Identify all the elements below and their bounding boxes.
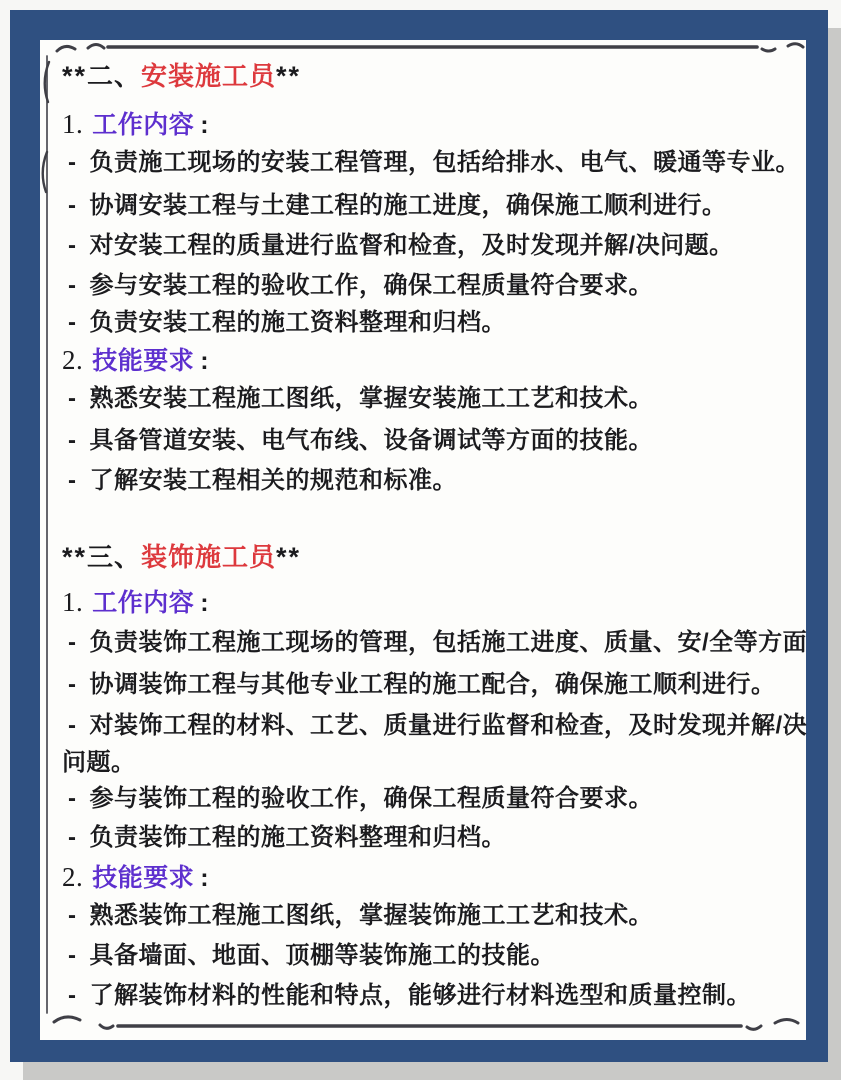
bullet-line: -具备管道安装、电气布线、设备调试等方面的技能。: [62, 426, 802, 456]
bullet-dash: -: [68, 712, 77, 739]
bullet-dash: -: [68, 385, 77, 412]
bullet-dash: -: [68, 192, 77, 219]
heading-number: 三、: [87, 542, 141, 572]
bullet-dash: -: [68, 671, 77, 698]
bullet-text: 负责装饰工程施工现场的管理，包括施工进度、质量、安/全等方面: [90, 629, 808, 656]
heading-stars-right: **: [276, 542, 301, 572]
bullet-line: -熟悉装饰工程施工图纸，掌握装饰施工工艺和技术。: [62, 901, 802, 931]
bullet-line: -负责装饰工程的施工资料整理和归档。: [62, 823, 802, 853]
bullet-dash: -: [68, 232, 77, 259]
subhead-skills: 2.技能要求:: [62, 861, 802, 895]
bullet-line: -协调安装工程与土建工程的施工进度，确保施工顺利进行。: [62, 191, 802, 221]
subhead-number: 2.: [62, 345, 83, 375]
document-page: **二、安装施工员** 1.工作内容: -负责施工现场的安装工程管理，包括给排水…: [40, 40, 806, 1040]
section-heading: **三、装饰施工员**: [62, 541, 802, 575]
subhead-label: 工作内容: [92, 111, 194, 139]
bullet-text: 了解装饰材料的性能和特点，能够进行材料选型和质量控制。: [90, 982, 752, 1009]
heading-title: 装饰施工员: [141, 542, 276, 572]
bullet-continuation: 问题。: [62, 748, 802, 778]
bullet-line: -了解装饰材料的性能和特点，能够进行材料选型和质量控制。: [62, 981, 802, 1011]
bullet-line: -熟悉安装工程施工图纸，掌握安装施工工艺和技术。: [62, 384, 802, 414]
bullet-text: 具备墙面、地面、顶棚等装饰施工的技能。: [90, 942, 556, 969]
bullet-line: -协调装饰工程与其他专业工程的施工配合，确保施工顺利进行。: [62, 670, 802, 700]
bullet-line: -负责施工现场的安装工程管理，包括给排水、电气、暖通等专业。: [62, 148, 802, 178]
heading-stars-right: **: [276, 61, 301, 91]
bullet-line: -负责安装工程的施工资料整理和归档。: [62, 308, 802, 338]
bullet-dash: -: [68, 824, 77, 851]
bullet-line: -负责装饰工程施工现场的管理，包括施工进度、质量、安/全等方面: [62, 628, 802, 658]
subhead-colon: :: [200, 347, 209, 375]
bullet-text: 协调装饰工程与其他专业工程的施工配合，确保施工顺利进行。: [90, 671, 776, 698]
bullet-dash: -: [68, 427, 77, 454]
bullet-dash: -: [68, 942, 77, 969]
heading-title: 安装施工员: [141, 61, 276, 91]
bullet-dash: -: [68, 149, 77, 176]
bullet-line: -对安装工程的质量进行监督和检查，及时发现并解/决问题。: [62, 231, 802, 261]
subhead-colon: :: [200, 864, 209, 892]
bullet-line: -具备墙面、地面、顶棚等装饰施工的技能。: [62, 941, 802, 971]
bullet-text: 参与装饰工程的验收工作，确保工程质量符合要求。: [90, 785, 654, 812]
blue-frame: **二、安装施工员** 1.工作内容: -负责施工现场的安装工程管理，包括给排水…: [10, 10, 828, 1062]
subhead-label: 技能要求: [92, 864, 194, 892]
bullet-dash: -: [68, 902, 77, 929]
heading-stars-left: **: [62, 542, 87, 572]
bullet-dash: -: [68, 467, 77, 494]
subhead-work-content: 1.工作内容:: [62, 586, 802, 620]
subhead-number: 1.: [62, 587, 83, 617]
subhead-skills: 2.技能要求:: [62, 344, 802, 378]
bullet-line: -了解安装工程相关的规范和标准。: [62, 466, 802, 496]
bullet-text: 参与安装工程的验收工作，确保工程质量符合要求。: [90, 272, 654, 299]
bullet-line: -对装饰工程的材料、工艺、质量进行监督和检查，及时发现并解/决: [62, 711, 802, 741]
bullet-text: 对装饰工程的材料、工艺、质量进行监督和检查，及时发现并解/决: [90, 712, 808, 739]
bullet-text: 熟悉装饰工程施工图纸，掌握装饰施工工艺和技术。: [90, 902, 654, 929]
bullet-dash: -: [68, 982, 77, 1009]
bullet-text: 协调安装工程与土建工程的施工进度，确保施工顺利进行。: [90, 192, 727, 219]
heading-stars-left: **: [62, 61, 87, 91]
bullet-dash: -: [68, 785, 77, 812]
subhead-label: 工作内容: [92, 589, 194, 617]
heading-number: 二、: [87, 61, 141, 91]
bullet-text: 负责安装工程的施工资料整理和归档。: [90, 309, 507, 336]
subhead-number: 1.: [62, 109, 83, 139]
bullet-text: 熟悉安装工程施工图纸，掌握安装施工工艺和技术。: [90, 385, 654, 412]
bullet-text: 具备管道安装、电气布线、设备调试等方面的技能。: [90, 427, 654, 454]
bullet-text: 了解安装工程相关的规范和标准。: [90, 467, 458, 494]
section-heading: **二、安装施工员**: [62, 60, 802, 94]
bullet-text: 对安装工程的质量进行监督和检查，及时发现并解/决问题。: [90, 232, 734, 259]
bullet-text: 问题。: [62, 749, 136, 776]
bullet-dash: -: [68, 309, 77, 336]
bullet-text: 负责装饰工程的施工资料整理和归档。: [90, 824, 507, 851]
bullet-line: -参与安装工程的验收工作，确保工程质量符合要求。: [62, 271, 802, 301]
bullet-text: 负责施工现场的安装工程管理，包括给排水、电气、暖通等专业。: [90, 149, 801, 176]
bullet-dash: -: [68, 272, 77, 299]
bullet-line: -参与装饰工程的验收工作，确保工程质量符合要求。: [62, 784, 802, 814]
subhead-number: 2.: [62, 862, 83, 892]
subhead-colon: :: [200, 589, 209, 617]
subhead-work-content: 1.工作内容:: [62, 108, 802, 142]
bullet-dash: -: [68, 629, 77, 656]
screenshot-root: { "colors": { "frame_blue": "#2f5081", "…: [0, 0, 841, 1080]
subhead-label: 技能要求: [92, 347, 194, 375]
subhead-colon: :: [200, 111, 209, 139]
